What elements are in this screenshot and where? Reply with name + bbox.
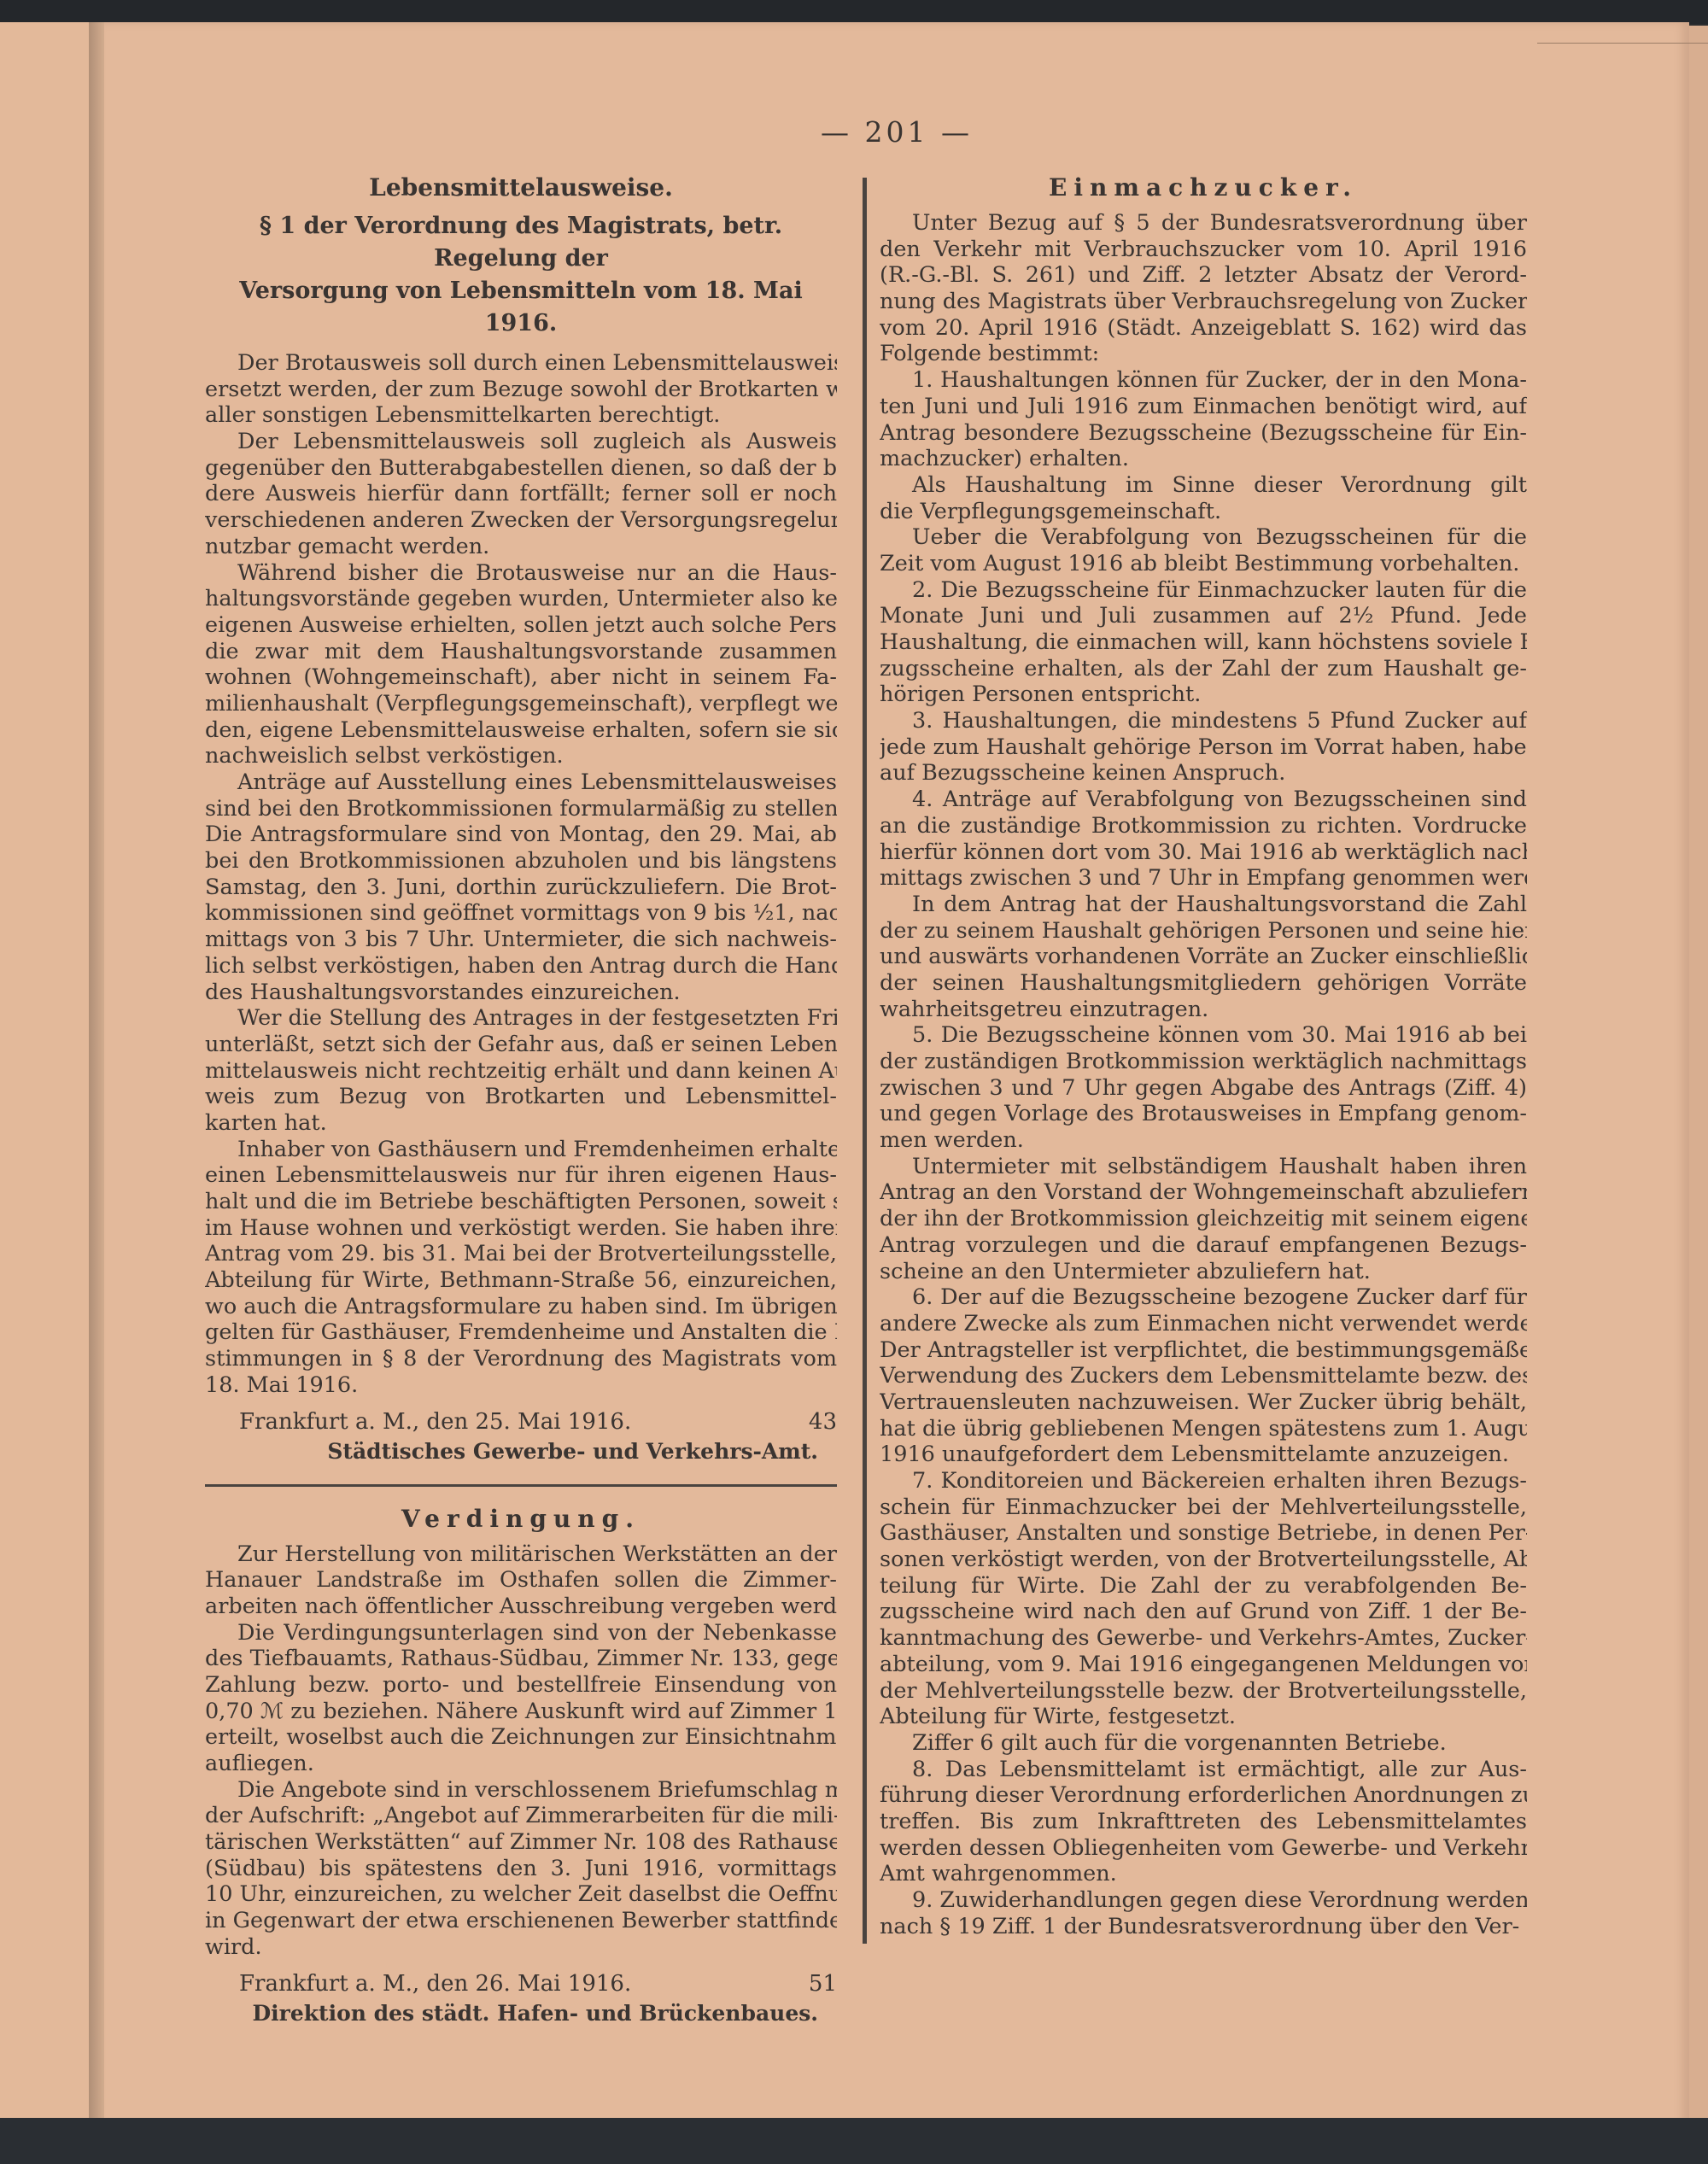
article-subtitle-line: § 1 der Verordnung des Magistrats, betr.… — [205, 210, 837, 275]
paragraph: Während bisher die Brotausweise nur an d… — [205, 560, 837, 770]
text-line: eigenen Ausweise erhielten, sollen jetzt… — [205, 612, 837, 639]
text-line: mittags von 3 bis 7 Uhr. Untermieter, di… — [205, 927, 837, 953]
text-line: ten Juni und Juli 1916 zum Einmachen ben… — [880, 394, 1527, 420]
text-line: Der Lebensmittelausweis soll zugleich al… — [205, 429, 837, 455]
text-line: wird. — [205, 1934, 837, 1961]
text-line: Die Verdingungsunterlagen sind von der N… — [205, 1620, 837, 1646]
text-line: den Verkehr mit Verbrauchszucker vom 10.… — [880, 237, 1527, 263]
text-line: Zeit vom August 1916 ab bleibt Bestimmun… — [880, 551, 1527, 577]
text-line: 6. Der auf die Bezugsscheine bezogene Zu… — [880, 1284, 1527, 1311]
paragraph: In dem Antrag hat der Haushaltungsvorsta… — [880, 892, 1527, 1022]
signature: Städtisches Gewerbe- und Verkehrs-Amt. — [205, 1436, 837, 1467]
text-line: verschiedenen anderen Zwecken der Versor… — [205, 507, 837, 534]
text-line: nutzbar gemacht werden. — [205, 534, 837, 560]
text-line: 1. Haushaltungen können für Zucker, der … — [880, 367, 1527, 394]
text-line: tärischen Werkstätten“ auf Zimmer Nr. 10… — [205, 1829, 837, 1856]
text-line: Antrag vom 29. bis 31. Mai bei der Brotv… — [205, 1241, 837, 1267]
dateline: Frankfurt a. M., den 25. Mai 1916. 43 — [205, 1407, 837, 1436]
text-line: wo auch die Antragsformulare zu haben si… — [205, 1294, 837, 1320]
text-line: Hanauer Landstraße im Osthafen sollen di… — [205, 1567, 837, 1594]
text-line: werden dessen Obliegenheiten vom Gewerbe… — [880, 1835, 1527, 1862]
text-line: aufliegen. — [205, 1751, 837, 1777]
page-top-rule — [1537, 43, 1708, 44]
column-divider — [863, 178, 867, 1944]
paragraph: 7. Konditoreien und Bäckereien erhalten … — [880, 1468, 1527, 1730]
text-line: aller sonstigen Lebensmittelkarten berec… — [205, 402, 837, 429]
text-line: erteilt, woselbst auch die Zeichnungen z… — [205, 1724, 837, 1751]
text-line: 7. Konditoreien und Bäckereien erhalten … — [880, 1468, 1527, 1494]
text-line: Abteilung für Wirte, festgesetzt. — [880, 1704, 1527, 1730]
article-subtitle-line: Versorgung von Lebensmitteln vom 18. Mai… — [205, 275, 837, 340]
paragraph: 9. Zuwiderhandlungen gegen diese Verordn… — [880, 1887, 1527, 1939]
text-line: jede zum Haushalt gehörige Person im Vor… — [880, 734, 1527, 761]
text-line: Als Haushaltung im Sinne dieser Verordnu… — [880, 472, 1527, 499]
text-line: Amt wahrgenommen. — [880, 1861, 1527, 1887]
text-line: Die Antragsformulare sind von Montag, de… — [205, 822, 837, 848]
text-line: gelten für Gasthäuser, Fremdenheime und … — [205, 1319, 837, 1346]
text-line: scheine an den Untermieter abzuliefern h… — [880, 1259, 1527, 1285]
paragraph: Die Angebote sind in verschlossenem Brie… — [205, 1777, 837, 1961]
article-title: Verdingung. — [205, 1502, 837, 1536]
text-line: Antrag vorzulegen und die darauf empfang… — [880, 1232, 1527, 1259]
text-line: sonen verköstigt werden, von der Brotver… — [880, 1547, 1527, 1573]
text-line: men werden. — [880, 1127, 1527, 1154]
text-line: abteilung, vom 9. Mai 1916 eingegangenen… — [880, 1652, 1527, 1678]
text-line: die Verpflegungsgemeinschaft. — [880, 499, 1527, 525]
text-line: sind bei den Brotkommissionen formularmä… — [205, 796, 837, 822]
dateline: Frankfurt a. M., den 26. Mai 1916. 51 — [205, 1969, 837, 1998]
paragraph: 5. Die Bezugsscheine können vom 30. Mai … — [880, 1022, 1527, 1153]
text-line: 0,70 ℳ zu beziehen. Nähere Auskunft wird… — [205, 1699, 837, 1725]
text-line: Verwendung des Zuckers dem Lebensmittela… — [880, 1363, 1527, 1389]
text-line: mittags zwischen 3 und 7 Uhr in Empfang … — [880, 865, 1527, 892]
paragraph: 4. Anträge auf Verabfolgung von Bezugssc… — [880, 787, 1527, 892]
text-line: dere Ausweis hierfür dann fortfällt; fer… — [205, 481, 837, 507]
text-line: 2. Die Bezugsscheine für Einmachzucker l… — [880, 577, 1527, 604]
paragraph: Anträge auf Ausstellung eines Lebensmitt… — [205, 769, 837, 1005]
text-line: Während bisher die Brotausweise nur an d… — [205, 560, 837, 587]
text-line: (Südbau) bis spätestens den 3. Juni 1916… — [205, 1856, 837, 1882]
text-line: In dem Antrag hat der Haushaltungsvorsta… — [880, 892, 1527, 918]
paragraph: Untermieter mit selbständigem Haushalt h… — [880, 1154, 1527, 1284]
text-line: hörigen Personen entspricht. — [880, 681, 1527, 708]
text-line: der zuständigen Brotkommission werktägli… — [880, 1049, 1527, 1075]
text-line: der Mehlverteilungsstelle bezw. der Brot… — [880, 1678, 1527, 1705]
text-line: unterläßt, setzt sich der Gefahr aus, da… — [205, 1032, 837, 1058]
text-line: ersetzt werden, der zum Bezuge sowohl de… — [205, 377, 837, 403]
section-divider — [205, 1484, 837, 1487]
dateline-text: Frankfurt a. M., den 25. Mai 1916. — [239, 1407, 631, 1436]
text-line: Monate Juni und Juli zusammen auf 2½ Pfu… — [880, 603, 1527, 629]
text-line: treffen. Bis zum Inkrafttreten des Leben… — [880, 1809, 1527, 1835]
article-body: Unter Bezug auf § 5 der Bundesratsverord… — [880, 210, 1527, 1939]
text-line: 9. Zuwiderhandlungen gegen diese Verordn… — [880, 1887, 1527, 1914]
paragraph: 6. Der auf die Bezugsscheine bezogene Zu… — [880, 1284, 1527, 1468]
text-line: im Hause wohnen und verköstigt werden. S… — [205, 1215, 837, 1242]
text-line: Zur Herstellung von militärischen Werkst… — [205, 1541, 837, 1568]
text-line: 8. Das Lebensmittelamt ist ermächtigt, a… — [880, 1757, 1527, 1783]
text-line: schein für Einmachzucker bei der Mehlver… — [880, 1494, 1527, 1521]
article-einmachzucker: Einmachzucker. Unter Bezug auf § 5 der B… — [880, 171, 1527, 1939]
text-line: karten hat. — [205, 1110, 837, 1137]
paragraph: 3. Haushaltungen, die mindestens 5 Pfund… — [880, 708, 1527, 787]
text-line: nach § 19 Ziff. 1 der Bundesratsverordnu… — [880, 1914, 1527, 1940]
text-line: zwischen 3 und 7 Uhr gegen Abgabe des An… — [880, 1075, 1527, 1102]
text-line: und auswärts vorhandenen Vorräte an Zuck… — [880, 944, 1527, 970]
text-line: bei den Brotkommissionen abzuholen und b… — [205, 848, 837, 874]
text-line: gegenüber den Butterabgabestellen dienen… — [205, 455, 837, 482]
text-line: halt und die im Betriebe beschäftigten P… — [205, 1189, 837, 1215]
text-line: führung dieser Verordnung erforderlichen… — [880, 1782, 1527, 1809]
text-line: 18. Mai 1916. — [205, 1372, 837, 1399]
text-line: lich selbst verköstigen, haben den Antra… — [205, 953, 837, 980]
text-line: zugsscheine erhalten, als der Zahl der z… — [880, 656, 1527, 682]
text-line: wohnen (Wohngemeinschaft), aber nicht in… — [205, 664, 837, 691]
text-line: der Aufschrift: „Angebot auf Zimmerarbei… — [205, 1803, 837, 1829]
paragraph: Der Lebensmittelausweis soll zugleich al… — [205, 429, 837, 559]
notice-number: 51 — [809, 1969, 837, 1998]
text-line: teilung für Wirte. Die Zahl der zu verab… — [880, 1573, 1527, 1600]
text-line: weis zum Bezug von Brotkarten und Lebens… — [205, 1084, 837, 1110]
text-line: nachweislich selbst verköstigen. — [205, 743, 837, 769]
scan-background-bottom — [0, 2118, 1708, 2164]
text-line: Ziffer 6 gilt auch für die vorgenannten … — [880, 1730, 1527, 1757]
paragraph: Der Brotausweis soll durch einen Lebensm… — [205, 350, 837, 429]
article-title: Einmachzucker. — [880, 171, 1527, 205]
article-body: Zur Herstellung von militärischen Werkst… — [205, 1541, 837, 1961]
scan-background-top — [0, 0, 1708, 24]
text-line: Folgende bestimmt: — [880, 341, 1527, 367]
right-column: Einmachzucker. Unter Bezug auf § 5 der B… — [880, 171, 1527, 1939]
dateline-text: Frankfurt a. M., den 26. Mai 1916. — [239, 1969, 631, 1998]
text-line: Antrag besondere Bezugsscheine (Bezugssc… — [880, 420, 1527, 447]
text-line: wahrheitsgetreu einzutragen. — [880, 997, 1527, 1023]
text-line: hat die übrig gebliebenen Mengen spätest… — [880, 1416, 1527, 1442]
text-line: (R.-G.-Bl. S. 261) und Ziff. 2 letzter A… — [880, 262, 1527, 289]
paragraph: Inhaber von Gasthäusern und Fremdenheime… — [205, 1137, 837, 1399]
text-line: 10 Uhr, einzureichen, zu welcher Zeit da… — [205, 1881, 837, 1908]
article-verdingung: Verdingung. Zur Herstellung von militäri… — [205, 1502, 837, 2029]
previous-page-edge — [0, 22, 91, 2137]
text-line: 1916 unaufgefordert dem Lebensmittelamte… — [880, 1442, 1527, 1468]
text-line: einen Lebensmittelausweis nur für ihren … — [205, 1162, 837, 1189]
paragraph: Wer die Stellung des Antrages in der fes… — [205, 1005, 837, 1136]
left-column: Lebensmittelausweise. § 1 der Verordnung… — [205, 171, 837, 2029]
article-body: Der Brotausweis soll durch einen Lebensm… — [205, 350, 837, 1399]
paragraph: Ziffer 6 gilt auch für die vorgenannten … — [880, 1730, 1527, 1757]
paragraph: Zur Herstellung von militärischen Werkst… — [205, 1541, 837, 1620]
text-line: auf Bezugsscheine keinen Anspruch. — [880, 760, 1527, 787]
paragraph: 8. Das Lebensmittelamt ist ermächtigt, a… — [880, 1757, 1527, 1887]
text-line: der zu seinem Haushalt gehörigen Persone… — [880, 918, 1527, 945]
page-number: — 201 — — [794, 115, 999, 149]
article-lebensmittelausweise: Lebensmittelausweise. § 1 der Verordnung… — [205, 171, 837, 1467]
text-line: Gasthäuser, Anstalten und sonstige Betri… — [880, 1520, 1527, 1547]
text-line: Zahlung bezw. porto- und bestellfreie Ei… — [205, 1672, 837, 1699]
text-line: Ueber die Verabfolgung von Bezugsscheine… — [880, 524, 1527, 551]
text-line: haltungsvorstände gegeben wurden, Unterm… — [205, 586, 837, 612]
text-line: der ihn der Brotkommission gleichzeitig … — [880, 1206, 1527, 1232]
text-line: Wer die Stellung des Antrages in der fes… — [205, 1005, 837, 1032]
text-line: Antrag an den Vorstand der Wohngemeinsch… — [880, 1179, 1527, 1206]
signature: Direktion des städt. Hafen- und Brückenb… — [205, 1998, 837, 2029]
text-line: des Tiefbauamts, Rathaus-Südbau, Zimmer … — [205, 1646, 837, 1672]
text-line: kommissionen sind geöffnet vormittags vo… — [205, 900, 837, 927]
article-title: Lebensmittelausweise. — [205, 171, 837, 205]
text-line: mittelausweis nicht rechtzeitig erhält u… — [205, 1058, 837, 1085]
text-line: Abteilung für Wirte, Bethmann-Straße 56,… — [205, 1267, 837, 1294]
text-line: nung des Magistrats über Verbrauchsregel… — [880, 289, 1527, 315]
paragraph: Ueber die Verabfolgung von Bezugsscheine… — [880, 524, 1527, 576]
text-line: des Haushaltungsvorstandes einzureichen. — [205, 980, 837, 1006]
text-line: Anträge auf Ausstellung eines Lebensmitt… — [205, 769, 837, 796]
text-line: 4. Anträge auf Verabfolgung von Bezugssc… — [880, 787, 1527, 813]
text-line: 3. Haushaltungen, die mindestens 5 Pfund… — [880, 708, 1527, 734]
text-line: arbeiten nach öffentlicher Ausschreibung… — [205, 1594, 837, 1620]
text-line: Vertrauensleuten nachzuweisen. Wer Zucke… — [880, 1389, 1527, 1416]
text-line: der seinen Haushaltungsmitgliedern gehör… — [880, 970, 1527, 997]
text-line: Die Angebote sind in verschlossenem Brie… — [205, 1777, 837, 1804]
text-line: Der Brotausweis soll durch einen Lebensm… — [205, 350, 837, 377]
paragraph: Unter Bezug auf § 5 der Bundesratsverord… — [880, 210, 1527, 367]
text-line: Untermieter mit selbständigem Haushalt h… — [880, 1154, 1527, 1180]
text-line: Unter Bezug auf § 5 der Bundesratsverord… — [880, 210, 1527, 237]
text-line: kanntmachung des Gewerbe- und Verkehrs-A… — [880, 1625, 1527, 1652]
paragraph: 1. Haushaltungen können für Zucker, der … — [880, 367, 1527, 472]
text-line: vom 20. April 1916 (Städt. Anzeigeblatt … — [880, 315, 1527, 342]
text-line: an die zuständige Brotkommission zu rich… — [880, 813, 1527, 839]
text-line: die zwar mit dem Haushaltungsvorstande z… — [205, 639, 837, 665]
paragraph: 2. Die Bezugsscheine für Einmachzucker l… — [880, 577, 1527, 708]
text-line: milienhaushalt (Verpflegungsgemeinschaft… — [205, 691, 837, 717]
text-line: den, eigene Lebensmittelausweise erhalte… — [205, 717, 837, 744]
paragraph: Als Haushaltung im Sinne dieser Verordnu… — [880, 472, 1527, 524]
text-line: und gegen Vorlage des Brotausweises in E… — [880, 1101, 1527, 1127]
text-line: Haushaltung, die einmachen will, kann hö… — [880, 629, 1527, 656]
text-line: Inhaber von Gasthäusern und Fremdenheime… — [205, 1137, 837, 1163]
text-line: machzucker) erhalten. — [880, 446, 1527, 472]
text-line: in Gegenwart der etwa erschienenen Bewer… — [205, 1908, 837, 1934]
text-line: andere Zwecke als zum Einmachen nicht ve… — [880, 1311, 1527, 1337]
text-line: Samstag, den 3. Juni, dorthin zurückzuli… — [205, 874, 837, 901]
notice-number: 43 — [809, 1407, 837, 1436]
text-line: hierfür können dort vom 30. Mai 1916 ab … — [880, 839, 1527, 866]
text-line: 5. Die Bezugsscheine können vom 30. Mai … — [880, 1022, 1527, 1049]
text-line: zugsscheine wird nach den auf Grund von … — [880, 1599, 1527, 1625]
page-right-edge — [1689, 26, 1708, 2144]
paragraph: Die Verdingungsunterlagen sind von der N… — [205, 1620, 837, 1777]
text-line: Der Antragsteller ist verpflichtet, die … — [880, 1337, 1527, 1364]
text-line: stimmungen in § 8 der Verordnung des Mag… — [205, 1346, 837, 1372]
